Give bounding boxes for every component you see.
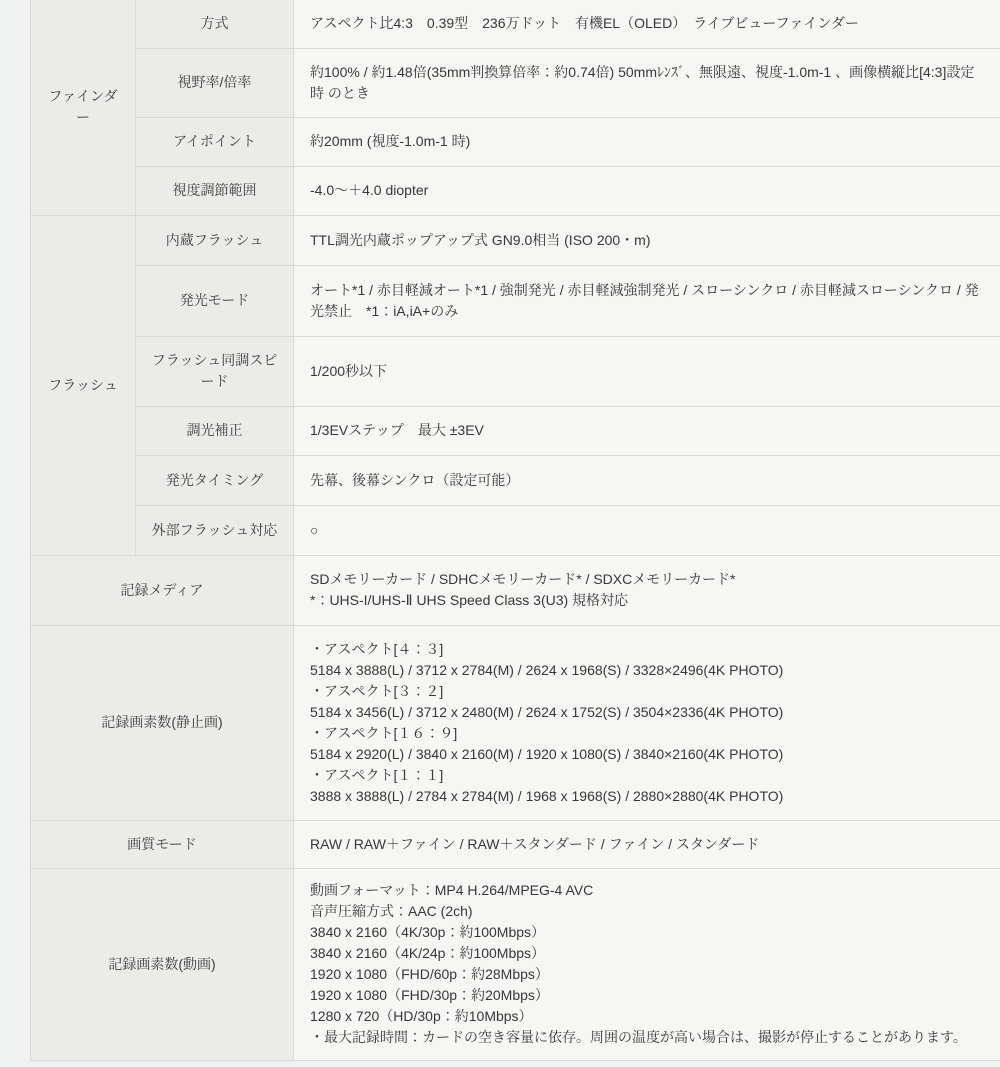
table-row: 記録画素数(動画) 動画フォーマット：MP4 H.264/MPEG-4 AVC … [31, 868, 1000, 1060]
table-row: フラッシュ同調スピード 1/200秒以下 [31, 336, 1000, 406]
row-value-eye-point: 約20mm (視度-1.0m-1 時) [294, 117, 1000, 166]
row-label-image-quality-mode: 画質モード [31, 820, 294, 868]
row-label-flash-mode: 発光モード [136, 265, 294, 336]
table-row: 調光補正 1/3EVステップ 最大 ±3EV [31, 406, 1000, 455]
row-value-diopter-adjustment: -4.0～＋4.0 diopter [294, 166, 1000, 215]
row-label-built-in-flash: 内蔵フラッシュ [136, 215, 294, 265]
table-row: 発光モード オート*1 / 赤目軽減オート*1 / 強制発光 / 赤目軽減強制発… [31, 265, 1000, 336]
row-value-flash-timing: 先幕、後幕シンクロ（設定可能） [294, 455, 1000, 505]
row-value-method: アスペクト比4:3 0.39型 236万ドット 有機EL（OLED） ライブビュ… [294, 0, 1000, 48]
row-value-field-of-view: 約100% / 約1.48倍(35mm判換算倍率：約0.74倍) 50mmﾚﾝｽ… [294, 48, 1000, 117]
spec-table: ファインダー 方式 アスペクト比4:3 0.39型 236万ドット 有機EL（O… [30, 0, 1000, 1061]
row-label-diopter-adjustment: 視度調節範囲 [136, 166, 294, 215]
row-value-external-flash: ○ [294, 505, 1000, 555]
table-row: ファインダー 方式 アスペクト比4:3 0.39型 236万ドット 有機EL（O… [31, 0, 1000, 48]
row-label-video-pixels: 記録画素数(動画) [31, 868, 294, 1060]
table-row: 記録画素数(静止画) ・アスペクト[４：３] 5184 x 3888(L) / … [31, 625, 1000, 820]
row-value-flash-compensation: 1/3EVステップ 最大 ±3EV [294, 406, 1000, 455]
row-value-flash-sync-speed: 1/200秒以下 [294, 336, 1000, 406]
row-value-still-image-pixels: ・アスペクト[４：３] 5184 x 3888(L) / 3712 x 2784… [294, 625, 1000, 820]
row-label-flash-compensation: 調光補正 [136, 406, 294, 455]
row-label-eye-point: アイポイント [136, 117, 294, 166]
row-value-recording-media: SDメモリーカード / SDHCメモリーカード* / SDXCメモリーカード* … [294, 555, 1000, 625]
table-row: 視度調節範囲 -4.0～＋4.0 diopter [31, 166, 1000, 215]
row-label-recording-media: 記録メディア [31, 555, 294, 625]
row-label-method: 方式 [136, 0, 294, 48]
row-value-image-quality-mode: RAW / RAW＋ファイン / RAW＋スタンダード / ファイン / スタン… [294, 820, 1000, 868]
table-row: 視野率/倍率 約100% / 約1.48倍(35mm判換算倍率：約0.74倍) … [31, 48, 1000, 117]
table-row: 記録メディア SDメモリーカード / SDHCメモリーカード* / SDXCメモ… [31, 555, 1000, 625]
table-row: 発光タイミング 先幕、後幕シンクロ（設定可能） [31, 455, 1000, 505]
row-value-video-pixels: 動画フォーマット：MP4 H.264/MPEG-4 AVC 音声圧縮方式：AAC… [294, 868, 1000, 1060]
table-row: フラッシュ 内蔵フラッシュ TTL調光内蔵ポップアップ式 GN9.0相当 (IS… [31, 215, 1000, 265]
category-cell-viewfinder: ファインダー [31, 0, 136, 215]
row-value-built-in-flash: TTL調光内蔵ポップアップ式 GN9.0相当 (ISO 200・m) [294, 215, 1000, 265]
row-value-flash-mode: オート*1 / 赤目軽減オート*1 / 強制発光 / 赤目軽減強制発光 / スロ… [294, 265, 1000, 336]
row-label-external-flash: 外部フラッシュ対応 [136, 505, 294, 555]
row-label-field-of-view: 視野率/倍率 [136, 48, 294, 117]
table-row: 外部フラッシュ対応 ○ [31, 505, 1000, 555]
row-label-flash-timing: 発光タイミング [136, 455, 294, 505]
category-cell-flash: フラッシュ [31, 215, 136, 555]
table-row: アイポイント 約20mm (視度-1.0m-1 時) [31, 117, 1000, 166]
table-row: 画質モード RAW / RAW＋ファイン / RAW＋スタンダード / ファイン… [31, 820, 1000, 868]
row-label-still-image-pixels: 記録画素数(静止画) [31, 625, 294, 820]
camera-spec-page: ファインダー 方式 アスペクト比4:3 0.39型 236万ドット 有機EL（O… [0, 0, 1000, 1067]
row-label-flash-sync-speed: フラッシュ同調スピード [136, 336, 294, 406]
